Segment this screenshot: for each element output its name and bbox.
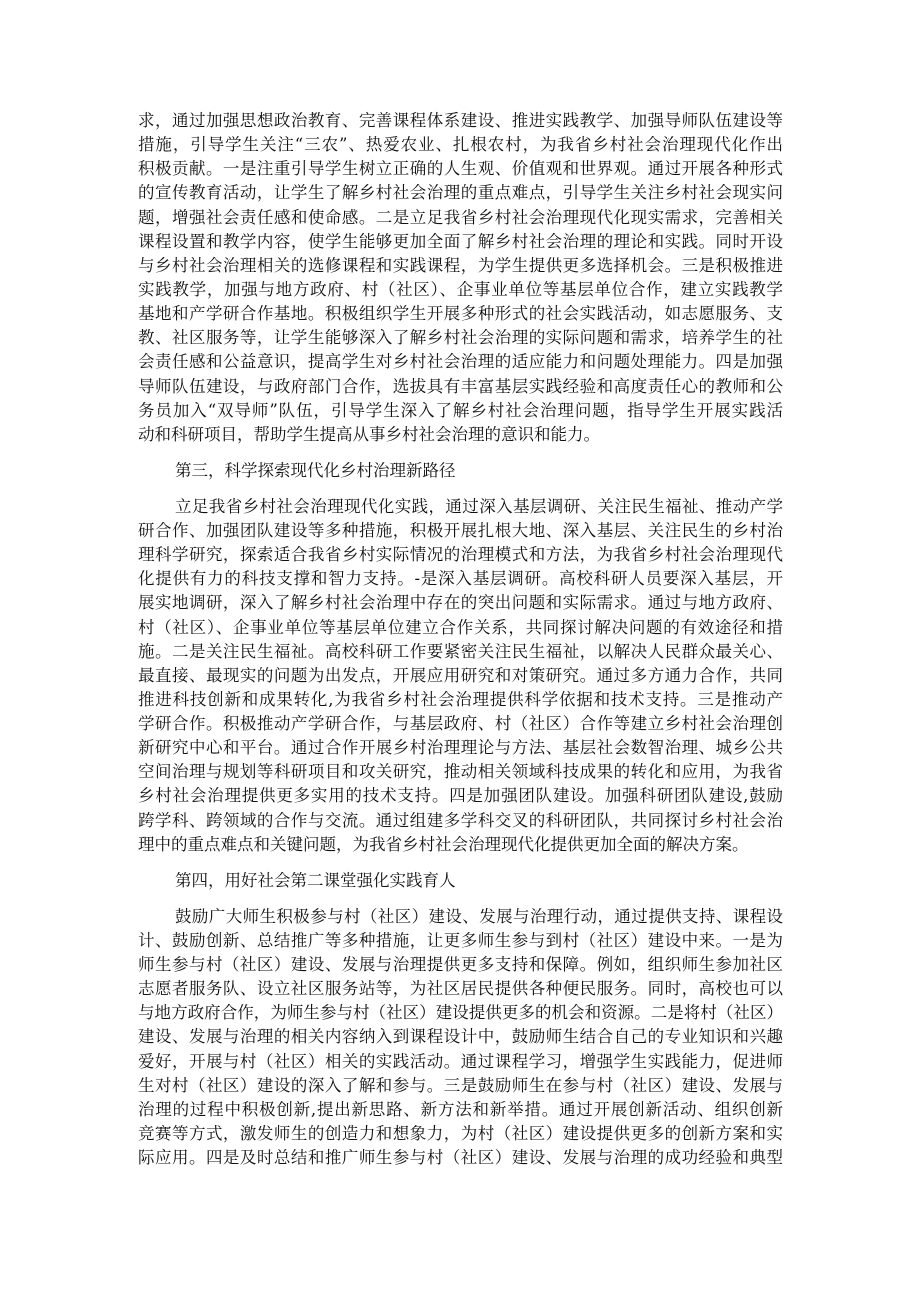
paragraph-line: 的宣传教育活动，让学生了解乡村社会治理的重点难点，引导学生关注乡村社会现实问 xyxy=(138,181,783,205)
paragraph-line: 展实地调研，深入了解乡村社会治理中存在的突出问题和实际需求。通过与地方政府、 xyxy=(138,591,783,615)
paragraph-line: 计、鼓励创新、总结推广等多种措施，让更多师生参与到村（社区）建设中来。一是为 xyxy=(138,929,783,953)
paragraph-line: 乡村社会治理提供更多实用的技术支持。四是加强团队建设。加强科研团队建设,鼓励 xyxy=(138,784,783,808)
paragraph-line: 理科学研究，探索适合我省乡村实际情况的治理模式和方法，为我省乡村社会治理现代 xyxy=(138,543,783,567)
paragraph-line: 求，通过加强思想政治教育、完善课程体系建设、推进实践教学、加强导师队伍建设等 xyxy=(138,109,783,133)
paragraph-line: 竞赛等方式，激发师生的创造力和想象力，为村（社区）建设提供更多的创新方案和实 xyxy=(138,1122,783,1146)
paragraph-line: 生对村（社区）建设的深入了解和参与。三是鼓励师生在参与村（社区）建设、发展与 xyxy=(138,1074,783,1098)
paragraph-talent-cultivation: 求，通过加强思想政治教育、完善课程体系建设、推进实践教学、加强导师队伍建设等 措… xyxy=(138,109,783,447)
paragraph-line: 会责任感和公益意识，提高学生对乡村社会治理的适应能力和问题处理能力。四是加强 xyxy=(138,350,783,374)
paragraph-second-classroom: 鼓励广大师生积极参与村（社区）建设、发展与治理行动，通过提供支持、课程设 计、鼓… xyxy=(138,905,783,1171)
paragraph-research-paths: 立足我省乡村社会治理现代化实践，通过深入基层调研、关注民生福祉、推动产学 研合作… xyxy=(138,495,783,857)
paragraph-line: 施。二是关注民生福祉。高校科研工作要紧密关注民生福祉，以解决人民群众最关心、 xyxy=(138,640,783,664)
paragraph-line: 研合作、加强团队建设等多种措施，积极开展扎根大地、深入基层、关注民生的乡村治 xyxy=(138,519,783,543)
paragraph-line: 鼓励广大师生积极参与村（社区）建设、发展与治理行动，通过提供支持、课程设 xyxy=(138,905,783,929)
paragraph-line: 课程设置和教学内容，使学生能够更加全面了解乡村社会治理的理论和实践。同时开设 xyxy=(138,230,783,254)
paragraph-line: 导师队伍建设，与政府部门合作，选拔具有丰富基层实践经验和高度责任心的教师和公 xyxy=(138,375,783,399)
paragraph-line: 最直接、最现实的问题为出发点，开展应用研究和对策研究。通过多方通力合作，共同 xyxy=(138,664,783,688)
paragraph-line: 动和科研项目，帮助学生提高从事乡村社会治理的意识和能力。 xyxy=(138,423,783,447)
paragraph-line: 志愿者服务队、设立社区服务站等，为社区居民提供各种便民服务。同时，高校也可以 xyxy=(138,977,783,1001)
paragraph-line: 建设、发展与治理的相关内容纳入到课程设计中，鼓励师生结合自己的专业知识和兴趣 xyxy=(138,1025,783,1049)
paragraph-line: 际应用。四是及时总结和推广师生参与村（社区）建设、发展与治理的成功经验和典型 xyxy=(138,1146,783,1170)
paragraph-line: 村（社区）、企事业单位等基层单位建立合作关系，共同探讨解决问题的有效途径和措 xyxy=(138,616,783,640)
paragraph-line: 与乡村社会治理相关的选修课程和实践课程，为学生提供更多选择机会。三是积极推进 xyxy=(138,254,783,278)
paragraph-line: 教、社区服务等，让学生能够深入了解乡村社会治理的实际问题和需求，培养学生的社 xyxy=(138,326,783,350)
paragraph-line: 新研究中心和平台。通过合作开展乡村治理理论与方法、基层社会数智治理、城乡公共 xyxy=(138,736,783,760)
paragraph-line: 与地方政府合作，为师生参与村（社区）建设提供更多的机会和资源。二是将村（社区） xyxy=(138,1001,783,1025)
paragraph-line: 爱好，开展与村（社区）相关的实践活动。通过课程学习，增强学生实践能力，促进师 xyxy=(138,1050,783,1074)
paragraph-line: 理中的重点难点和关键问题，为我省乡村社会治理现代化提供更加全面的解决方案。 xyxy=(138,833,783,857)
paragraph-line: 学研合作。积极推动产学研合作，与基层政府、村（社区）合作等建立乡村社会治理创 xyxy=(138,712,783,736)
paragraph-line: 题，增强社会责任感和使命感。二是立足我省乡村社会治理现代化现实需求，完善相关 xyxy=(138,206,783,230)
paragraph-line: 化提供有力的科技支撑和智力支持。-是深入基层调研。高校科研人员要深入基层，开 xyxy=(138,567,783,591)
paragraph-line: 师生参与村（社区）建设、发展与治理提供更多支持和保障。例如，组织师生参加社区 xyxy=(138,953,783,977)
paragraph-line: 措施，引导学生关注“三农”、热爱农业、扎根农村，为我省乡村社会治理现代化作出 xyxy=(138,133,783,157)
paragraph-line: 推进科技创新和成果转化,为我省乡村社会治理提供科学依据和技术支持。三是推动产 xyxy=(138,688,783,712)
paragraph-line: 实践教学，加强与地方政府、村（社区）、企事业单位等基层单位合作，建立实践教学 xyxy=(138,278,783,302)
section-heading-third: 第三，科学探索现代化乡村治理新路径 xyxy=(138,459,783,483)
document-body: 求，通过加强思想政治教育、完善课程体系建设、推进实践教学、加强导师队伍建设等 措… xyxy=(138,109,783,1170)
document-page: 求，通过加强思想政治教育、完善课程体系建设、推进实践教学、加强导师队伍建设等 措… xyxy=(0,0,920,1301)
paragraph-line: 跨学科、跨领域的合作与交流。通过组建多学科交叉的科研团队，共同探讨乡村社会治 xyxy=(138,809,783,833)
section-heading-fourth: 第四，用好社会第二课堂强化实践育人 xyxy=(138,869,783,893)
paragraph-line: 积极贡献。一是注重引导学生树立正确的人生观、价值观和世界观。通过开展各种形式 xyxy=(138,157,783,181)
paragraph-line: 立足我省乡村社会治理现代化实践，通过深入基层调研、关注民生福祉、推动产学 xyxy=(138,495,783,519)
paragraph-line: 务员加入“双导师”队伍，引导学生深入了解乡村社会治理问题，指导学生开展实践活 xyxy=(138,399,783,423)
paragraph-line: 空间治理与规划等科研项目和攻关研究，推动相关领域科技成果的转化和应用，为我省 xyxy=(138,760,783,784)
paragraph-line: 基地和产学研合作基地。积极组织学生开展多种形式的社会实践活动，如志愿服务、支 xyxy=(138,302,783,326)
paragraph-line: 治理的过程中积极创新,提出新思路、新方法和新举措。通过开展创新活动、组织创新 xyxy=(138,1098,783,1122)
